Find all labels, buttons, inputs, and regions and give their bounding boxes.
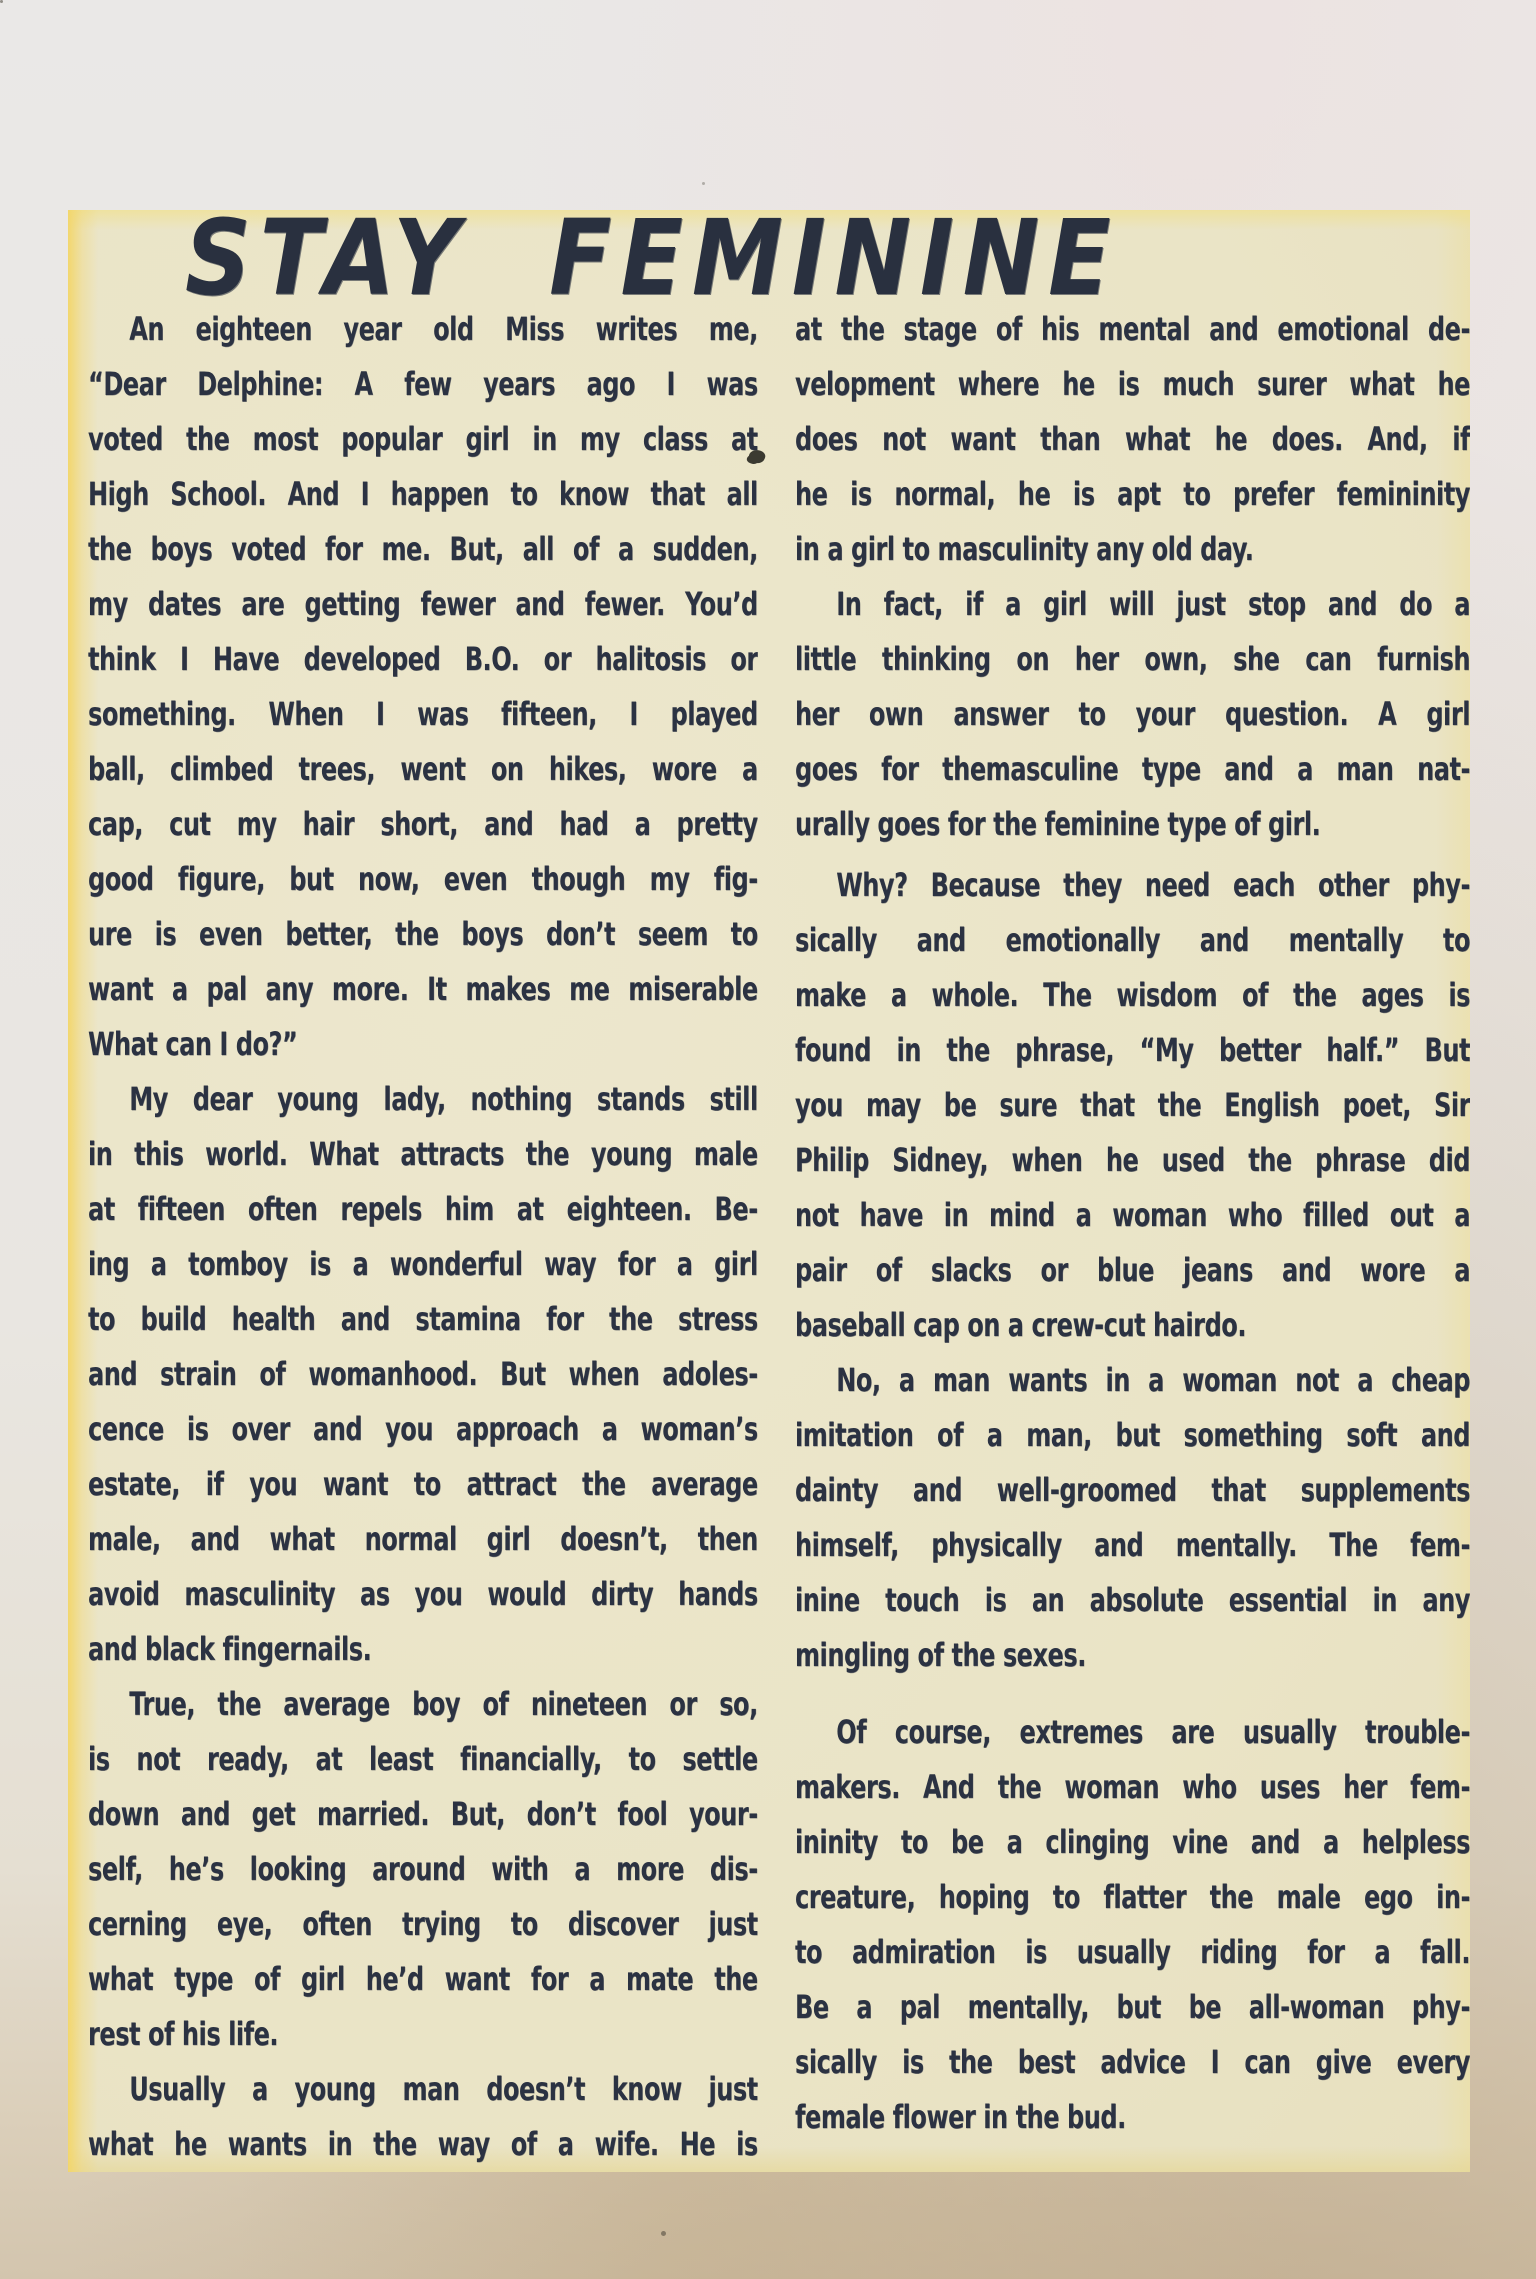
text-line: “Dear Delphine: A few years ago I was <box>88 357 758 412</box>
text-line: self, he’s looking around with a more di… <box>88 1842 758 1897</box>
text-line: Philip Sidney, when he used the phrase d… <box>795 1133 1470 1188</box>
text-line: you may be sure that the English poet, S… <box>795 1078 1470 1133</box>
text-line: My dear young lady, nothing stands still <box>88 1072 758 1127</box>
paragraph: In fact, if a girl will just stop and do… <box>795 577 1470 852</box>
text-line: What can I do?” <box>88 1017 758 1072</box>
text-line: ure is even better, the boys don’t seem … <box>88 907 758 962</box>
text-line: dainty and well-groomed that supplements <box>795 1463 1470 1518</box>
text-line: cence is over and you approach a woman’s <box>88 1402 758 1457</box>
text-line: and black fingernails. <box>88 1622 758 1677</box>
text-line: goes for themasculine type and a man nat… <box>795 742 1470 797</box>
text-line: Be a pal mentally, but be all-woman phy- <box>795 1980 1470 2035</box>
text-line: rest of his life. <box>88 2007 758 2062</box>
text-line: baseball cap on a crew-cut hairdo. <box>795 1298 1470 1353</box>
text-line: does not want than what he does. And, if <box>795 412 1470 467</box>
text-line: to admiration is usually riding for a fa… <box>795 1925 1470 1980</box>
text-line: to build health and stamina for the stre… <box>88 1292 758 1347</box>
paper-specks <box>0 0 3 3</box>
paragraph: Usually a young man doesn’t know justwha… <box>88 2062 758 2172</box>
text-line: little thinking on her own, she can furn… <box>795 632 1470 687</box>
text-line: cerning eye, often trying to discover ju… <box>88 1897 758 1952</box>
text-line: creature, hoping to flatter the male ego… <box>795 1870 1470 1925</box>
text-line: my dates are getting fewer and fewer. Yo… <box>88 577 758 632</box>
text-line: True, the average boy of nineteen or so, <box>88 1677 758 1732</box>
text-line: An eighteen year old Miss writes me, <box>88 302 758 357</box>
text-line: High School. And I happen to know that a… <box>88 467 758 522</box>
text-line: what he wants in the way of a wife. He i… <box>88 2117 758 2172</box>
text-line: Why? Because they need each other phy- <box>795 858 1470 913</box>
text-line: imitation of a man, but something soft a… <box>795 1408 1470 1463</box>
text-line: found in the phrase, “My better half.” B… <box>795 1023 1470 1078</box>
text-line: want a pal any more. It makes me miserab… <box>88 962 758 1017</box>
text-line: and strain of womanhood. But when adoles… <box>88 1347 758 1402</box>
text-line: voted the most popular girl in my class … <box>88 412 758 467</box>
text-line: mingling of the sexes. <box>795 1628 1470 1683</box>
text-line: something. When I was fifteen, I played <box>88 687 758 742</box>
text-line: at the stage of his mental and emotional… <box>795 302 1470 357</box>
text-line: urally goes for the feminine type of gir… <box>795 797 1470 852</box>
text-line: in a girl to masculinity any old day. <box>795 522 1470 577</box>
text-line: he is normal, he is apt to prefer femini… <box>795 467 1470 522</box>
text-line: inine touch is an absolute essential in … <box>795 1573 1470 1628</box>
text-line: cap, cut my hair short, and had a pretty <box>88 797 758 852</box>
text-line: the boys voted for me. But, all of a sud… <box>88 522 758 577</box>
text-line: In fact, if a girl will just stop and do… <box>795 577 1470 632</box>
paragraph: Why? Because they need each other phy-si… <box>795 858 1470 1353</box>
text-line: Of course, extremes are usually trouble- <box>795 1705 1470 1760</box>
paragraph: True, the average boy of nineteen or so,… <box>88 1677 758 2062</box>
text-line: makers. And the woman who uses her fem- <box>795 1760 1470 1815</box>
text-line: is not ready, at least financially, to s… <box>88 1732 758 1787</box>
text-line: ininity to be a clinging vine and a help… <box>795 1815 1470 1870</box>
scanned-page: { "palette": { "ink": "#2b3242", "paper_… <box>0 0 1536 2279</box>
text-line: estate, if you want to attract the avera… <box>88 1457 758 1512</box>
column-right: at the stage of his mental and emotional… <box>795 302 1470 2145</box>
text-line: male, and what normal girl doesn’t, then <box>88 1512 758 1567</box>
text-line: sically and emotionally and mentally to <box>795 913 1470 968</box>
text-line: No, a man wants in a woman not a cheap <box>795 1353 1470 1408</box>
text-line: sically is the best advice I can give ev… <box>795 2035 1470 2090</box>
text-line: what type of girl he’d want for a mate t… <box>88 1952 758 2007</box>
text-line: not have in mind a woman who filled out … <box>795 1188 1470 1243</box>
text-line: think I Have developed B.O. or halitosis… <box>88 632 758 687</box>
text-line: her own answer to your question. A girl <box>795 687 1470 742</box>
text-line: down and get married. But, don’t fool yo… <box>88 1787 758 1842</box>
column-left: An eighteen year old Miss writes me,“Dea… <box>88 302 758 2172</box>
text-line: make a whole. The wisdom of the ages is <box>795 968 1470 1023</box>
text-line: ball, climbed trees, went on hikes, wore… <box>88 742 758 797</box>
text-line: in this world. What attracts the young m… <box>88 1127 758 1182</box>
text-line: avoid masculinity as you would dirty han… <box>88 1567 758 1622</box>
text-line: good figure, but now, even though my fig… <box>88 852 758 907</box>
paragraph: at the stage of his mental and emotional… <box>795 302 1470 577</box>
text-line: himself, physically and mentally. The fe… <box>795 1518 1470 1573</box>
paragraph: My dear young lady, nothing stands still… <box>88 1072 758 1677</box>
text-line: female flower in the bud. <box>795 2090 1470 2145</box>
page-title: STAY FEMININE <box>185 206 1120 310</box>
paragraph: An eighteen year old Miss writes me,“Dea… <box>88 302 758 1072</box>
paragraph: No, a man wants in a woman not a cheapim… <box>795 1353 1470 1683</box>
paragraph: Of course, extremes are usually trouble-… <box>795 1705 1470 2145</box>
text-line: Usually a young man doesn’t know just <box>88 2062 758 2117</box>
text-line: velopment where he is much surer what he <box>795 357 1470 412</box>
text-line: pair of slacks or blue jeans and wore a <box>795 1243 1470 1298</box>
text-line: ing a tomboy is a wonderful way for a gi… <box>88 1237 758 1292</box>
text-line: at fifteen often repels him at eighteen.… <box>88 1182 758 1237</box>
